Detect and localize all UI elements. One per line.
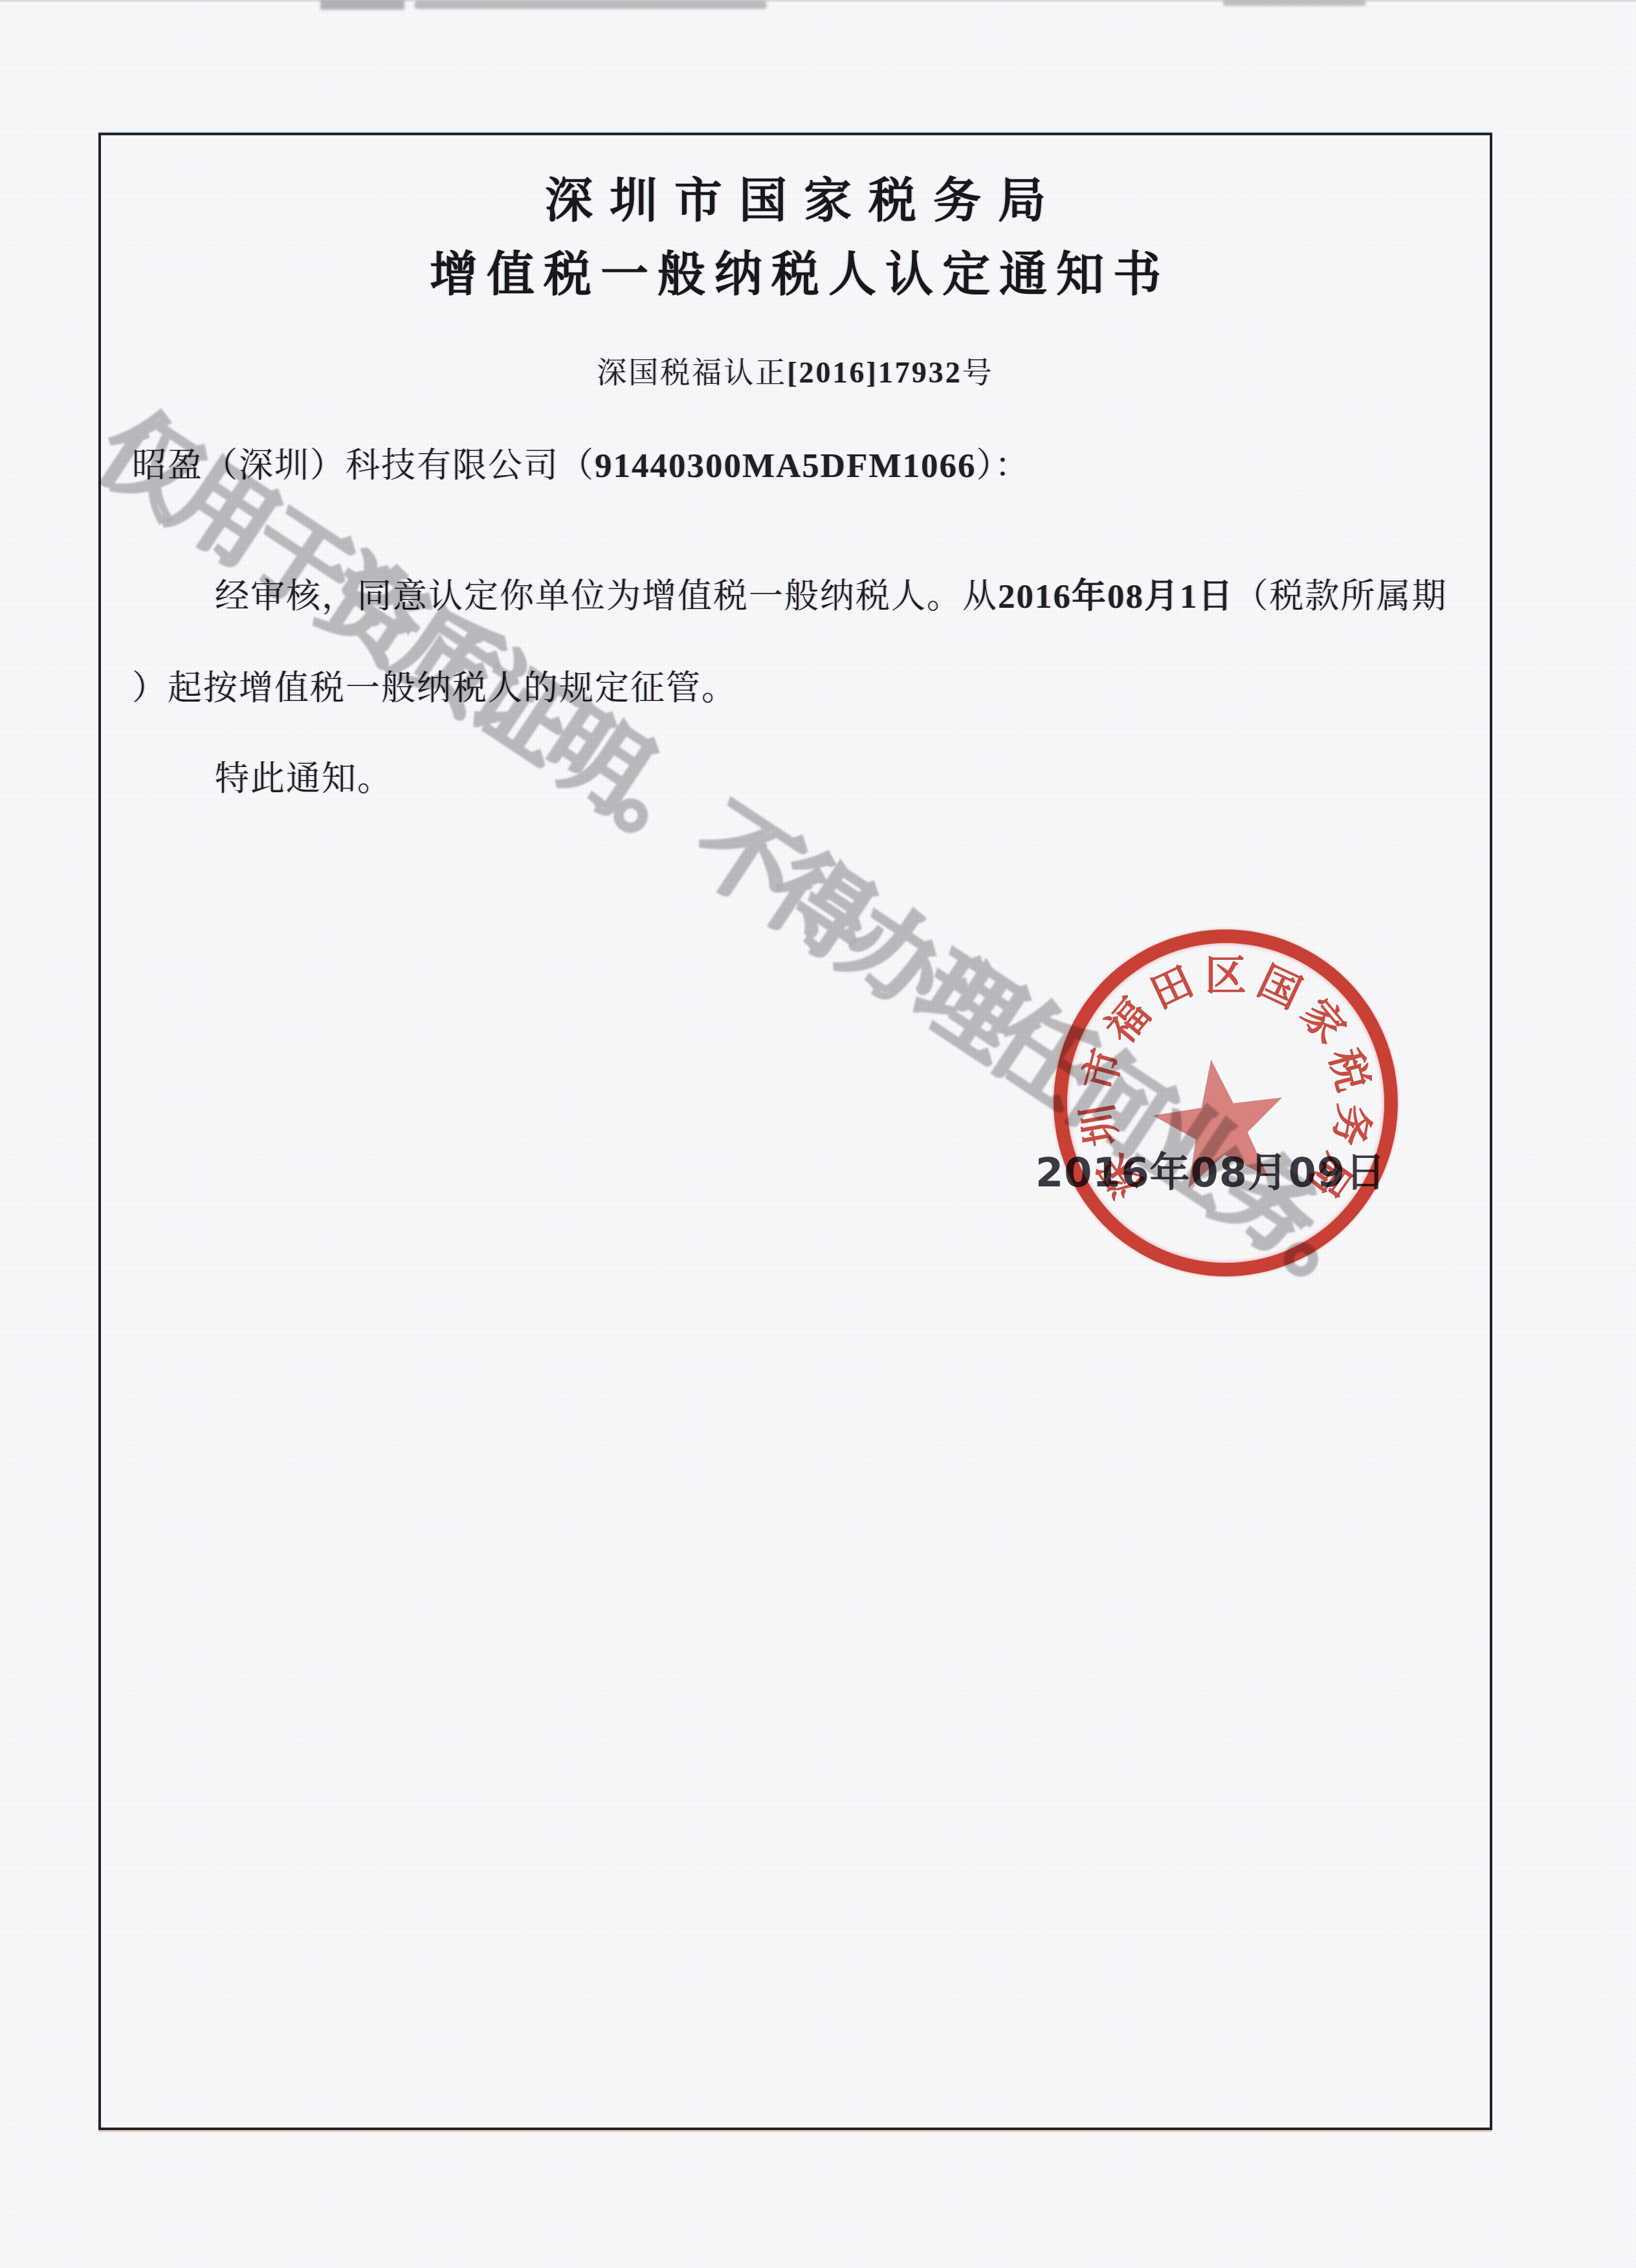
stamp-arc-char: 税 <box>1320 1041 1376 1098</box>
scan-edge-line <box>0 0 1636 2</box>
body-line-2: ）起按增值税一般纳税人的规定征管。 <box>132 667 1464 710</box>
document-title-line1: 深圳市国家税务局 <box>101 162 1490 231</box>
body-effective-date: 2016年08月1日 <box>998 578 1234 616</box>
document-number-prefix: 深国税福认正 <box>597 356 787 389</box>
scan-smudge-artifact <box>1223 0 1365 6</box>
document-title-line2: 增值税一般纳税人认定通知书 <box>101 236 1490 305</box>
scan-smudge-artifact <box>320 0 404 10</box>
addressee-taxpayer-id: 91440300MA5DFM1066 <box>595 447 976 485</box>
addressee-line: 昭盈（深圳）科技有限公司（91440300MA5DFM1066）： <box>132 445 1464 487</box>
body-text-c: （税款所属期 <box>1234 578 1448 616</box>
document-number: 深国税福认正[2016]17932号 <box>101 349 1490 392</box>
stamp-arc-char: 务 <box>1323 1098 1377 1151</box>
closing-line: 特此通知。 <box>132 758 1464 801</box>
document-number-suffix: 号 <box>962 356 994 389</box>
addressee-colon: ）： <box>976 447 1030 485</box>
stamp-arc-char: 区 <box>1202 953 1249 999</box>
document-number-core: [2016]17932 <box>787 356 962 389</box>
scan-smudge-artifact <box>414 1 767 9</box>
scanned-page: 深圳市国家税务局 增值税一般纳税人认定通知书 深国税福认正[2016]17932… <box>0 0 1636 2268</box>
